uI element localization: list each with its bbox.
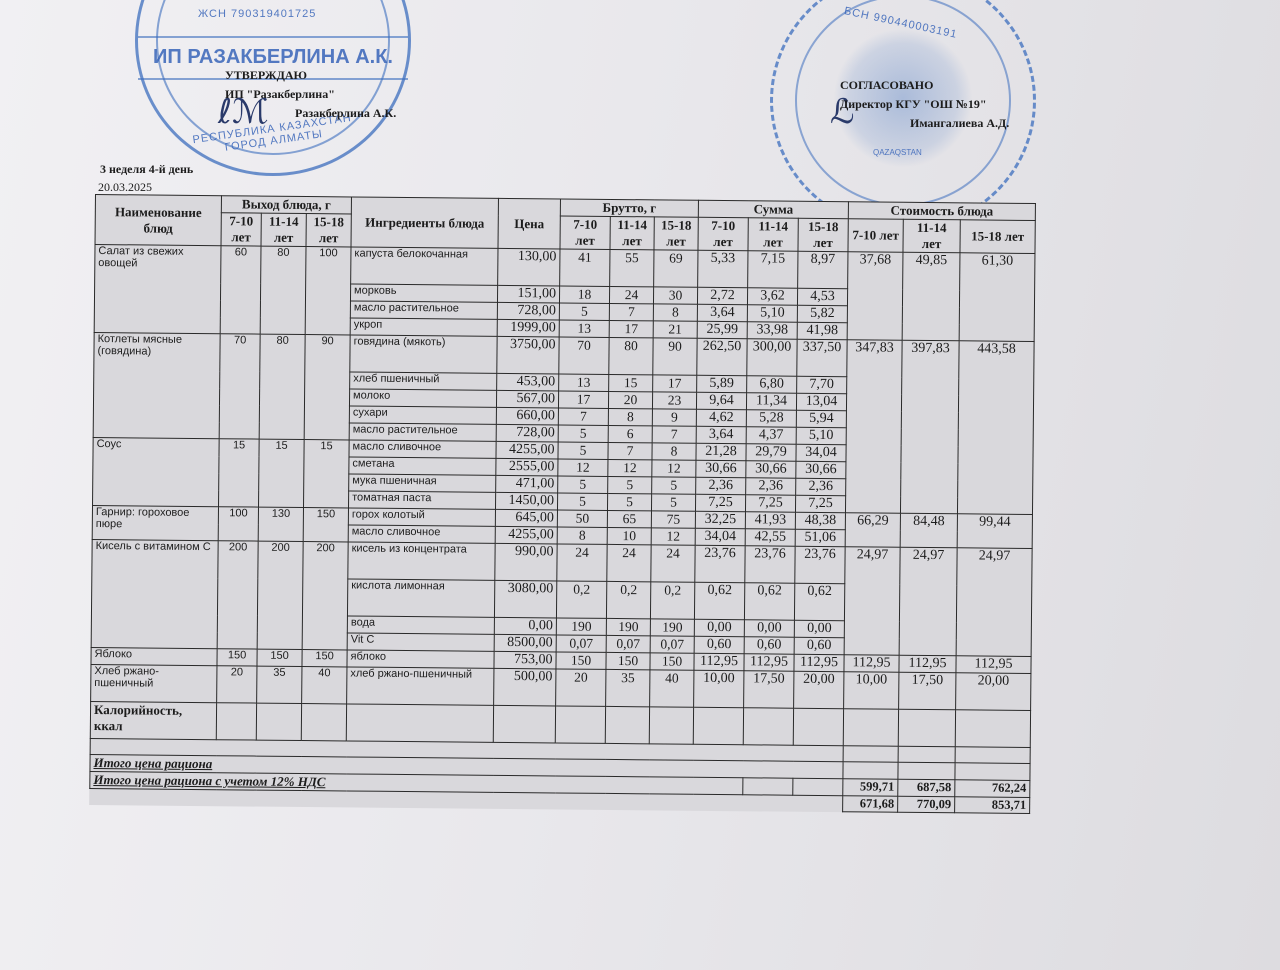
ingredient-sum: 0,60: [744, 637, 794, 654]
ingredient-brutto: 7: [652, 426, 696, 443]
ingredient-brutto: 17: [609, 320, 653, 337]
ingredient-sum: 20,00: [794, 671, 844, 708]
dish-cost: 347,83: [845, 340, 902, 514]
dish-yield: 40: [302, 667, 347, 704]
ingredient-sum: 4,53: [797, 288, 847, 305]
dish-cost: 397,83: [900, 340, 959, 514]
ingredient-price: 3080,00: [494, 580, 556, 618]
ingredient-price: 0,00: [494, 617, 556, 635]
ingredient-sum: 0,62: [794, 583, 844, 620]
ingredient-sum: 2,72: [697, 287, 747, 304]
ingredient-sum: 34,04: [796, 444, 846, 461]
ingredient-brutto: 12: [558, 459, 608, 476]
dish-cost: 112,95: [844, 655, 899, 673]
ingredient-sum: 23,76: [695, 545, 745, 582]
ingredient-sum: 4,37: [746, 427, 796, 444]
total-cell: [843, 762, 898, 780]
ingredient-brutto: 0,2: [556, 581, 606, 618]
ingredient-brutto: 40: [650, 670, 694, 707]
ingredient-sum: 33,98: [747, 322, 797, 339]
approve-block: УТВЕРЖДАЮ ИП "Разакберлина" Разакберлина…: [225, 66, 396, 123]
ingredient-brutto: 80: [609, 337, 653, 374]
dish-cost: 49,85: [902, 252, 960, 341]
ingredient-sum: 112,95: [794, 654, 844, 671]
ingredient-name: морковь: [350, 284, 497, 302]
week-day-label: 3 неделя 4-й день: [100, 162, 193, 177]
calories-cell: [793, 708, 843, 745]
ingredient-sum: 3,64: [696, 426, 746, 443]
ingredient-brutto: 0,07: [606, 635, 650, 652]
ingredient-brutto: 13: [559, 320, 609, 337]
calories-cell: [649, 707, 693, 744]
ingredient-brutto: 24: [609, 286, 653, 303]
ingredient-price: 500,00: [494, 668, 556, 706]
ingredient-brutto: 30: [653, 287, 697, 304]
ingredient-brutto: 18: [559, 286, 609, 303]
ingredient-sum: 5,94: [796, 410, 846, 427]
age-header: 15-18 лет: [654, 217, 698, 250]
ingredient-brutto: 5: [608, 476, 652, 493]
ingredient-price: 645,00: [495, 509, 557, 527]
ingredient-brutto: 10: [607, 527, 651, 544]
dish-name: Соус: [93, 437, 220, 506]
ingredient-brutto: 5: [558, 425, 608, 442]
ingredient-name: сметана: [349, 457, 496, 475]
ingredient-name: кисель из концентрата: [348, 542, 495, 580]
ingredient-price: 728,00: [497, 302, 559, 320]
ingredient-brutto: 190: [556, 618, 606, 635]
ingredient-sum: 5,28: [746, 410, 796, 427]
col-price: Цена: [498, 198, 560, 249]
age-header: 7-10 лет: [560, 216, 610, 249]
dish-yield: 15: [259, 439, 305, 507]
table-row: Кисель с витамином С200200200кисель из к…: [92, 539, 1032, 585]
ingredient-sum: 0,60: [794, 637, 844, 654]
total-value: 687,58: [898, 779, 955, 797]
col-yield: Выход блюда, г: [221, 196, 351, 214]
ingredient-sum: 0,60: [694, 636, 744, 653]
menu-date: 20.03.2025: [98, 180, 152, 195]
ingredient-brutto: 90: [653, 338, 697, 375]
dish-yield: 200: [217, 541, 258, 649]
calories-cell: [493, 705, 555, 743]
ingredient-sum: 5,82: [797, 305, 847, 322]
ingredient-sum: 7,15: [748, 251, 798, 288]
ingredient-sum: 9,64: [696, 392, 746, 409]
dish-cost: 112,95: [956, 656, 1031, 674]
ingredient-brutto: 190: [606, 618, 650, 635]
col-sum: Сумма: [698, 200, 848, 218]
ingredient-brutto: 0,2: [650, 582, 694, 619]
ingredient-sum: 0,00: [794, 620, 844, 637]
total-value: 762,24: [955, 780, 1030, 798]
ingredient-name: масло растительное: [349, 423, 496, 441]
ingredient-name: вода: [347, 616, 494, 634]
ingredient-brutto: 24: [557, 544, 607, 581]
ingredient-brutto: 8: [557, 527, 607, 544]
dish-yield: 100: [305, 247, 351, 335]
ingredient-sum: 11,34: [746, 393, 796, 410]
ingredient-sum: 5,10: [796, 427, 846, 444]
ingredient-name: Vit C: [347, 633, 494, 651]
ingredient-sum: 51,06: [795, 529, 845, 546]
ingredient-brutto: 70: [559, 337, 609, 374]
dish-name: Кисель с витамином С: [91, 539, 218, 648]
ingredient-name: капуста белокочанная: [351, 247, 498, 285]
ingredient-price: 2555,00: [496, 458, 558, 476]
table-row: Котлеты мясные (говядина)708090говядина …: [94, 332, 1034, 378]
ingredient-brutto: 55: [610, 249, 654, 286]
ingredient-brutto: 150: [556, 652, 606, 669]
ingredient-name: масло растительное: [350, 301, 497, 319]
ingredient-name: горох колотый: [348, 508, 495, 526]
calories-cell: [301, 704, 346, 741]
dish-yield: 15: [304, 440, 350, 508]
ingredient-name: говядина (мякоть): [350, 335, 497, 373]
age-header: 15-18 лет: [960, 220, 1035, 254]
col-cost: Стоимость блюда: [848, 202, 1035, 221]
dish-yield: 90: [304, 335, 350, 440]
ingredient-sum: 23,76: [745, 546, 795, 583]
dish-name: Гарнир: гороховое пюре: [92, 505, 218, 540]
ingredient-brutto: 12: [651, 528, 695, 545]
dish-yield: 100: [218, 507, 258, 541]
ingredient-brutto: 7: [558, 408, 608, 425]
ingredient-brutto: 35: [606, 669, 650, 706]
ingredient-sum: 0,62: [694, 582, 744, 619]
ingredient-brutto: 69: [654, 250, 698, 287]
ingredient-brutto: 65: [607, 510, 651, 527]
ingredient-brutto: 75: [651, 511, 695, 528]
dish-cost: 84,48: [900, 513, 957, 548]
ingredient-brutto: 17: [558, 391, 608, 408]
age-header: 11-14 лет: [610, 216, 654, 249]
ingredient-sum: 30,66: [746, 461, 796, 478]
ingredient-sum: 0,62: [744, 583, 794, 620]
ingredient-sum: 42,55: [745, 529, 795, 546]
ingredient-price: 1450,00: [495, 492, 557, 510]
document-page: ЖСН 790319401725 ИП РАЗАКБЕРЛИНА А.К. РЕ…: [0, 0, 1280, 970]
dish-cost: 24,97: [844, 547, 900, 656]
dish-name: Салат из свежих овощей: [94, 245, 221, 334]
ingredient-price: 4255,00: [496, 441, 558, 459]
ingredient-brutto: 50: [557, 510, 607, 527]
stamp-emblem-text: QAZAQSTAN: [873, 148, 922, 157]
dish-cost: 66,29: [845, 513, 900, 548]
dish-yield: 150: [303, 508, 348, 542]
dish-yield: 150: [217, 649, 257, 666]
dish-yield: 150: [302, 650, 347, 667]
age-header: 15-18 лет: [798, 218, 848, 251]
ingredient-sum: 6,80: [747, 376, 797, 393]
ingredient-sum: 7,25: [795, 495, 845, 512]
calories-cell: [693, 707, 743, 744]
ingredient-sum: 262,50: [697, 338, 747, 375]
ingredient-sum: 0,00: [694, 619, 744, 636]
ingredient-brutto: 12: [608, 459, 652, 476]
ingredient-brutto: 7: [609, 303, 653, 320]
ingredient-sum: 32,25: [695, 511, 745, 528]
age-header: 11-14 лет: [261, 213, 306, 246]
ingredient-sum: 4,62: [696, 409, 746, 426]
ingredient-price: 8500,00: [494, 634, 556, 652]
age-header: 7-10 лет: [698, 217, 748, 250]
ingredient-price: 151,00: [497, 285, 559, 303]
calories-cell: [256, 703, 301, 740]
calories-cell: [955, 710, 1030, 748]
dish-cost: 443,58: [957, 341, 1034, 515]
ingredient-name: масло сливочное: [348, 525, 495, 543]
ingredient-brutto: 5: [607, 493, 651, 510]
dish-name: Котлеты мясные (говядина): [93, 332, 220, 438]
calories-cell: [216, 703, 256, 740]
total-vat-value: 770,09: [898, 796, 955, 813]
menu-table: Наименование блюд Выход блюда, г Ингреди…: [89, 194, 1036, 814]
dish-cost: 112,95: [899, 655, 956, 673]
calories-cell: [555, 706, 605, 743]
total-cell: [955, 763, 1030, 781]
ingredient-sum: 41,93: [745, 512, 795, 529]
ingredient-sum: 337,50: [797, 339, 847, 376]
ingredient-brutto: 20: [608, 391, 652, 408]
ingredient-sum: 10,00: [694, 670, 744, 707]
ingredient-sum: 5,10: [747, 305, 797, 322]
ingredient-brutto: 190: [650, 619, 694, 636]
col-ingredients: Ингредиенты блюда: [351, 197, 498, 248]
ingredient-sum: 34,04: [695, 528, 745, 545]
ingredient-name: укроп: [350, 318, 497, 336]
ingredient-price: 753,00: [494, 651, 556, 669]
blank-cell: [955, 747, 1030, 764]
age-header: 15-18 лет: [306, 214, 351, 247]
ingredient-brutto: 0,07: [556, 635, 606, 652]
ingredient-brutto: 5: [557, 493, 607, 510]
ingredient-brutto: 24: [651, 545, 695, 582]
ingredient-price: 3750,00: [497, 336, 559, 374]
ingredient-name: хлеб пшеничный: [350, 372, 497, 390]
ingredient-brutto: 41: [560, 249, 610, 286]
ingredient-brutto: 17: [653, 375, 697, 392]
ingredient-sum: 30,66: [796, 461, 846, 478]
dish-yield: 15: [219, 439, 260, 507]
ingredient-price: 453,00: [497, 373, 559, 391]
total-cell: [793, 778, 843, 795]
ingredient-price: 4255,00: [495, 526, 557, 544]
ingredient-sum: 7,25: [745, 495, 795, 512]
ingredient-sum: 25,99: [697, 321, 747, 338]
total-value: 599,71: [843, 779, 898, 797]
calories-cell: [898, 709, 955, 747]
ingredient-price: 130,00: [498, 248, 560, 286]
ingredient-sum: 2,36: [746, 478, 796, 495]
ingredient-sum: 41,98: [797, 322, 847, 339]
dish-yield: 80: [259, 334, 305, 439]
ingredient-price: 990,00: [495, 543, 557, 581]
ingredient-sum: 3,62: [747, 288, 797, 305]
ingredient-brutto: 8: [608, 408, 652, 425]
ingredient-name: томатная паста: [348, 491, 495, 509]
ingredient-brutto: 0,2: [606, 581, 650, 618]
ingredient-name: мука пшеничная: [349, 474, 496, 492]
col-dish: Наименование блюд: [95, 195, 221, 246]
total-vat-value: 671,68: [843, 796, 898, 813]
ingredient-brutto: 23: [652, 392, 696, 409]
blank-cell: [898, 746, 955, 763]
dish-name: Хлеб ржано-пшеничный: [91, 664, 217, 702]
age-header: 11-14 лет: [903, 219, 960, 253]
dish-yield: 80: [260, 246, 306, 334]
age-header: 7-10 лет: [221, 213, 261, 246]
age-header: 11-14 лет: [748, 218, 798, 251]
ingredient-sum: 7,25: [695, 494, 745, 511]
stamp-bin: ЖСН 790319401725: [198, 8, 316, 20]
total-vat-value: 853,71: [955, 797, 1030, 814]
ingredient-brutto: 9: [652, 409, 696, 426]
ingredient-sum: 30,66: [696, 460, 746, 477]
dish-yield: 35: [257, 666, 302, 703]
ingredient-brutto: 20: [556, 669, 606, 706]
ingredient-brutto: 12: [652, 460, 696, 477]
ingredient-sum: 300,00: [747, 339, 797, 376]
ingredient-sum: 3,64: [697, 304, 747, 321]
agree-block: СОГЛАСОВАНО Директор КГУ "ОШ №19" Иманга…: [840, 76, 1009, 133]
ingredient-brutto: 15: [609, 374, 653, 391]
ingredient-sum: 13,04: [796, 393, 846, 410]
ingredient-name: сухари: [349, 406, 496, 424]
ingredient-brutto: 5: [558, 476, 608, 493]
ingredient-brutto: 8: [652, 443, 696, 460]
calories-cell: [605, 706, 649, 743]
age-header: 7-10 лет: [848, 219, 903, 253]
ingredient-name: хлеб ржано-пшеничный: [347, 667, 494, 705]
ingredient-sum: 112,95: [694, 653, 744, 670]
ingredient-price: 567,00: [496, 390, 558, 408]
ingredient-brutto: 150: [606, 652, 650, 669]
ingredient-sum: 2,36: [796, 478, 846, 495]
dish-cost: 99,44: [957, 514, 1032, 549]
dish-cost: 24,97: [956, 548, 1032, 657]
ingredient-brutto: 21: [653, 321, 697, 338]
total-cell: [898, 762, 955, 780]
dish-cost: 17,50: [899, 672, 956, 710]
ingredient-brutto: 5: [652, 477, 696, 494]
ingredient-brutto: 13: [559, 374, 609, 391]
ingredient-name: кислота лимонная: [347, 579, 494, 617]
dish-name: Яблоко: [91, 647, 217, 665]
calories-cell: [843, 709, 898, 747]
dish-cost: 24,97: [899, 547, 957, 656]
ingredient-price: 660,00: [496, 407, 558, 425]
dish-yield: 200: [257, 541, 303, 649]
ingredient-sum: 112,95: [744, 654, 794, 671]
ingredient-brutto: 150: [650, 653, 694, 670]
dish-cost: 37,68: [847, 252, 903, 341]
dish-yield: 70: [219, 334, 260, 439]
dish-yield: 200: [302, 542, 348, 650]
ingredient-sum: 21,28: [696, 443, 746, 460]
calories-cell: [743, 708, 793, 745]
ingredient-brutto: 5: [651, 494, 695, 511]
ingredient-sum: 0,00: [744, 620, 794, 637]
dish-yield: 60: [220, 246, 261, 334]
ingredient-name: молоко: [349, 389, 496, 407]
ingredient-sum: 7,70: [797, 376, 847, 393]
dish-cost: 61,30: [959, 253, 1035, 342]
ingredient-brutto: 5: [559, 303, 609, 320]
table-row: Салат из свежих овощей6080100капуста бел…: [95, 245, 1035, 291]
dish-cost: 10,00: [844, 672, 899, 710]
col-brutto: Брутто, г: [560, 199, 698, 217]
dish-yield: 20: [217, 666, 257, 703]
dish-yield: 150: [257, 649, 302, 666]
ingredient-brutto: 6: [608, 425, 652, 442]
calories-cell: [346, 704, 493, 742]
ingredient-sum: 48,38: [795, 512, 845, 529]
ingredient-brutto: 24: [607, 544, 651, 581]
ingredient-sum: 5,89: [697, 375, 747, 392]
ingredient-price: 471,00: [496, 475, 558, 493]
ingredient-price: 728,00: [496, 424, 558, 442]
ingredient-brutto: 5: [558, 442, 608, 459]
ingredient-sum: 23,76: [795, 546, 845, 583]
ingredient-price: 1999,00: [497, 319, 559, 337]
ingredient-brutto: 8: [653, 304, 697, 321]
ingredient-name: яблоко: [347, 650, 494, 668]
ingredient-sum: 8,97: [798, 251, 848, 288]
ingredient-sum: 17,50: [744, 671, 794, 708]
ingredient-sum: 5,33: [698, 250, 748, 287]
dish-yield: 130: [258, 507, 303, 541]
blank-cell: [843, 746, 898, 763]
total-cell: [743, 778, 793, 795]
ingredient-sum: 29,79: [746, 444, 796, 461]
calories-label: Калорийность, ккал: [90, 701, 216, 739]
dish-cost: 20,00: [956, 673, 1031, 711]
ingredient-brutto: 0,07: [650, 636, 694, 653]
ingredient-name: масло сливочное: [349, 440, 496, 458]
ingredient-sum: 2,36: [696, 477, 746, 494]
ingredient-brutto: 7: [608, 442, 652, 459]
